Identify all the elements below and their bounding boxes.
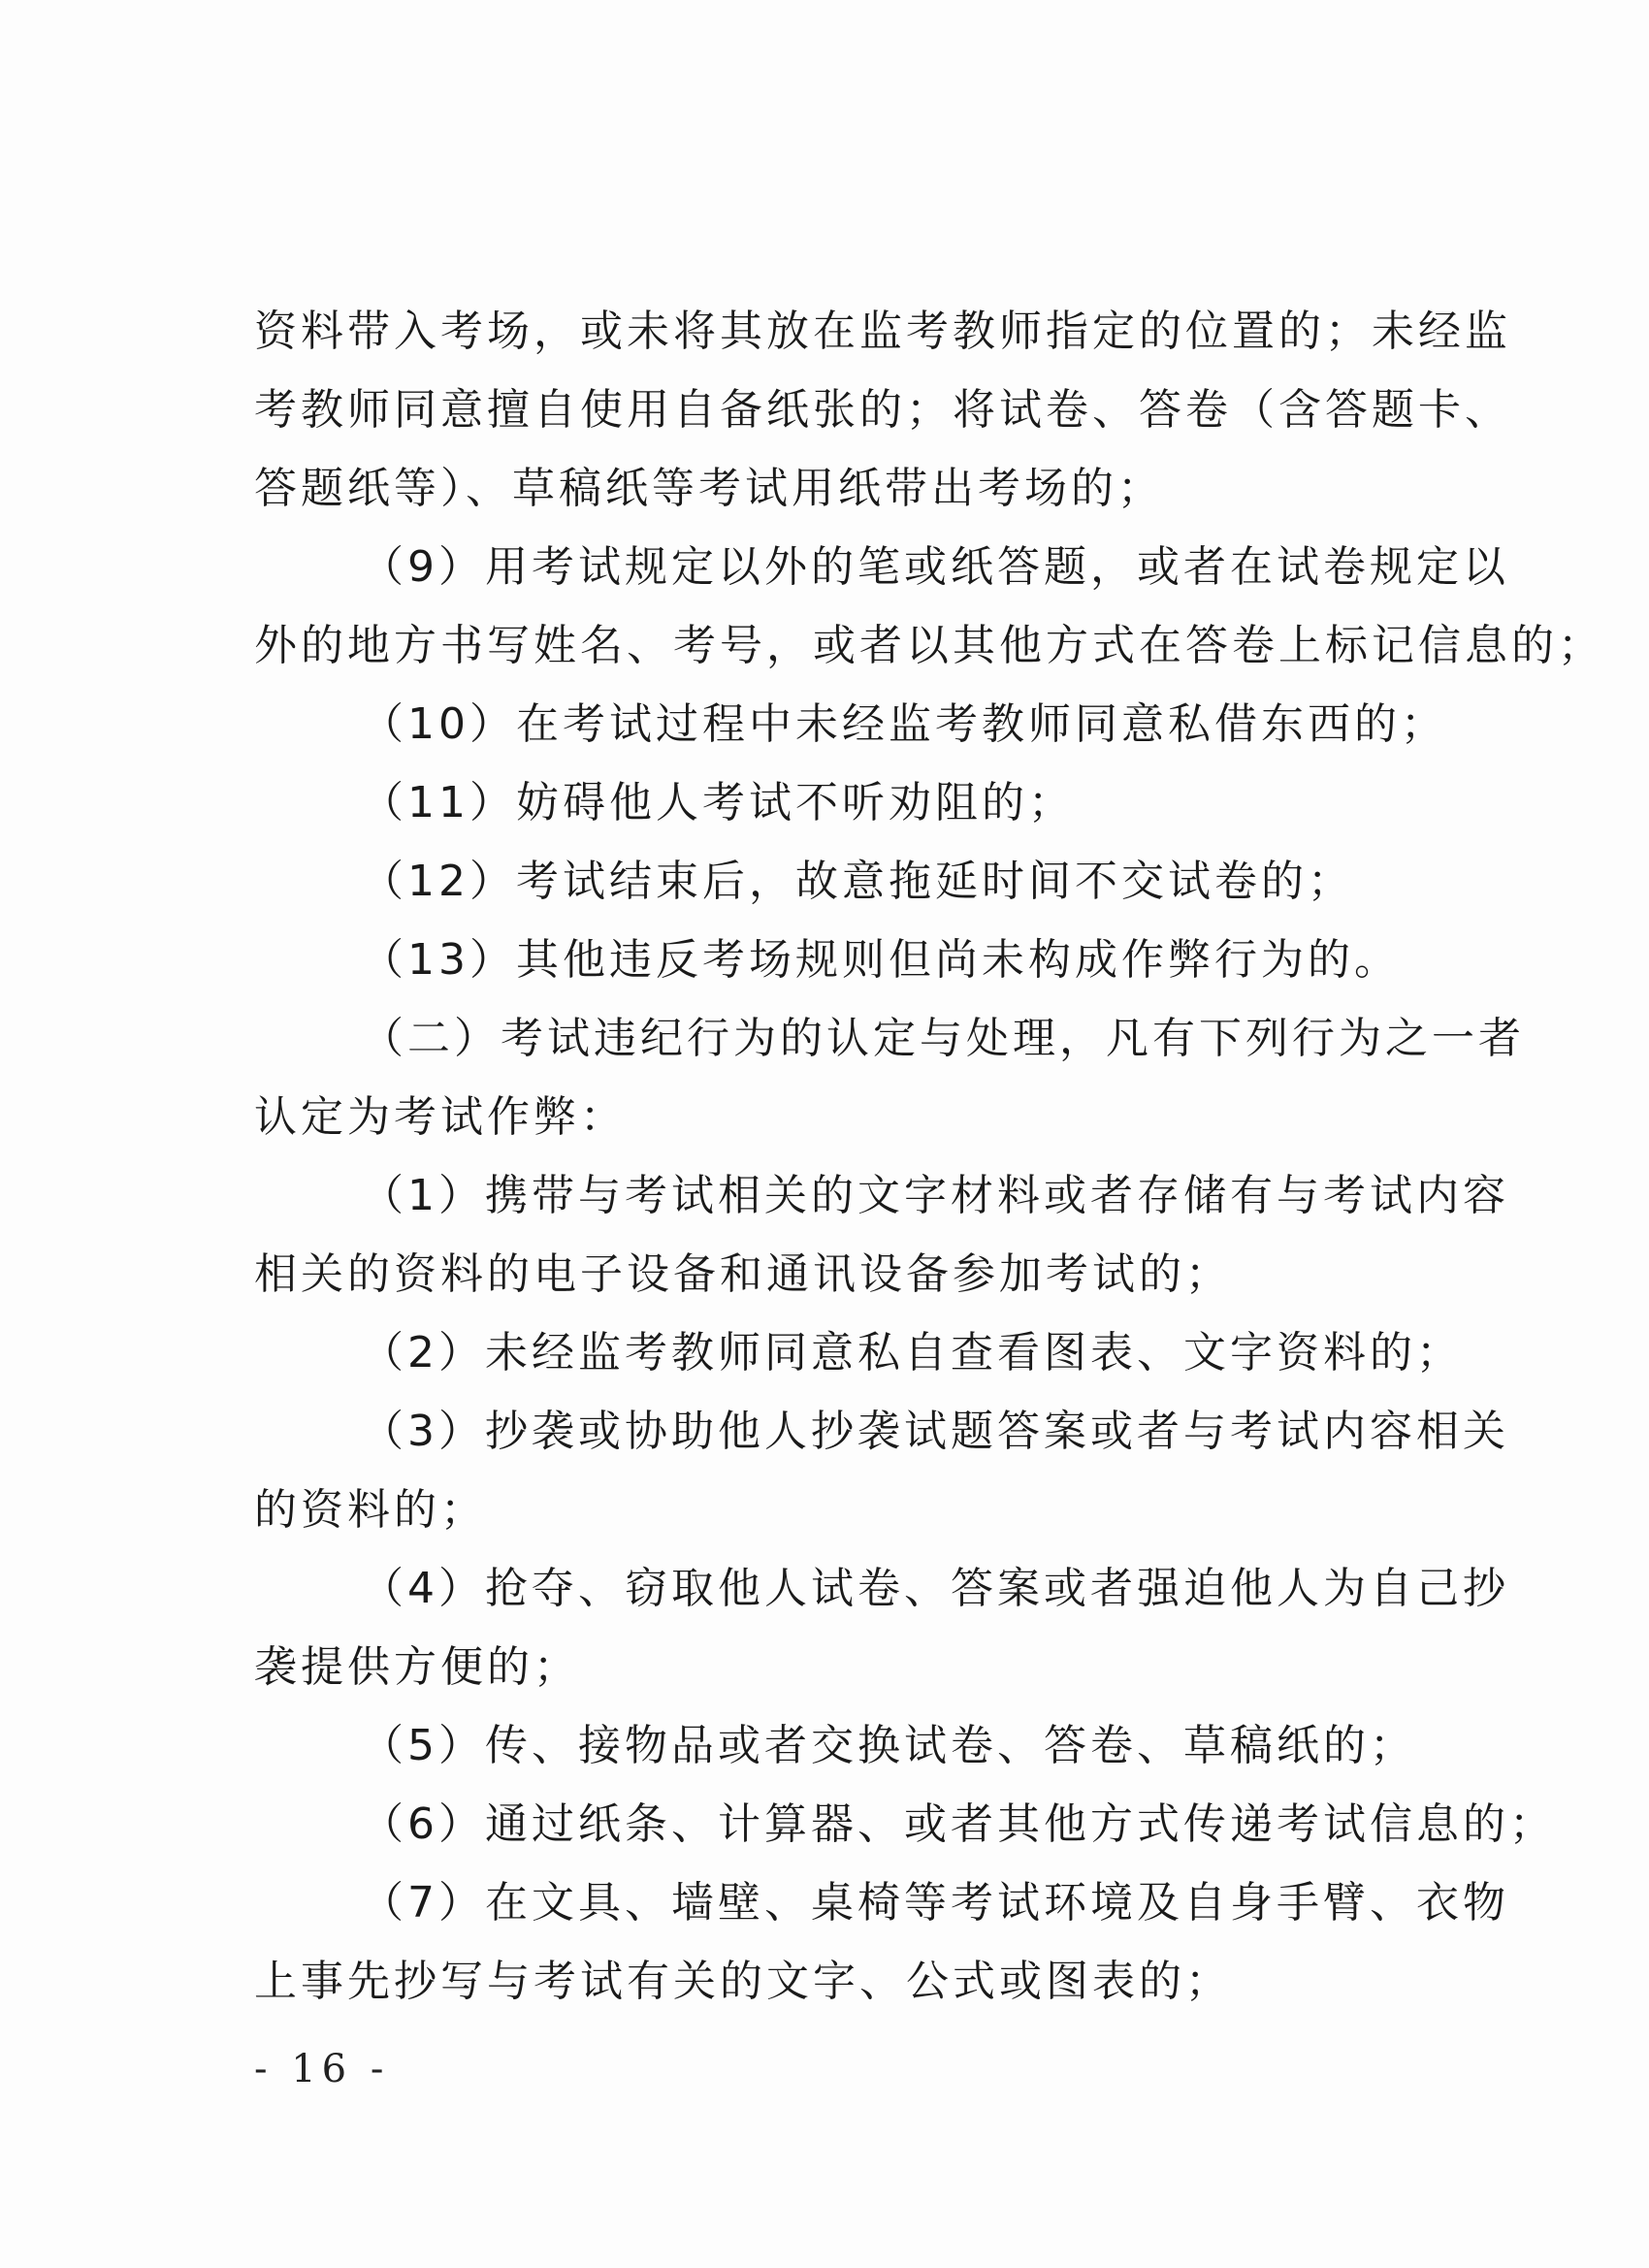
text-line-item-10: （10）在考试过程中未经监考教师同意私借东西的； bbox=[361, 696, 1467, 754]
document-page: 资料带入考场，或未将其放在监考教师指定的位置的；未经监 考教师同意擅自使用自备纸… bbox=[0, 0, 1649, 2268]
text-line: 资料带入考场，或未将其放在监考教师指定的位置的；未经监 bbox=[254, 303, 1467, 361]
text-line: 相关的资料的电子设备和通讯设备参加考试的； bbox=[254, 1246, 1467, 1304]
text-line-cheat-2: （2）未经监考教师同意私自查看图表、文字资料的； bbox=[361, 1324, 1467, 1382]
page-number: - 16 - bbox=[254, 2047, 389, 2091]
section-heading-2: （二）考试违纪行为的认定与处理，凡有下列行为之一者 bbox=[361, 1010, 1467, 1068]
text-line: 考教师同意擅自使用自备纸张的；将试卷、答卷（含答题卡、 bbox=[254, 381, 1467, 439]
text-line-item-9: （9）用考试规定以外的笔或纸答题，或者在试卷规定以 bbox=[361, 538, 1467, 597]
text-line-cheat-5: （5）传、接物品或者交换试卷、答卷、草稿纸的； bbox=[361, 1717, 1467, 1775]
text-line: 上事先抄写与考试有关的文字、公式或图表的； bbox=[254, 1953, 1467, 2011]
text-line: 认定为考试作弊： bbox=[254, 1088, 1467, 1147]
text-line-item-11: （11）妨碍他人考试不听劝阻的； bbox=[361, 774, 1467, 832]
text-line-item-12: （12）考试结束后，故意拖延时间不交试卷的； bbox=[361, 853, 1467, 911]
text-line-cheat-4: （4）抢夺、窃取他人试卷、答案或者强迫他人为自己抄 bbox=[361, 1560, 1467, 1618]
text-line-cheat-3: （3）抄袭或协助他人抄袭试题答案或者与考试内容相关 bbox=[361, 1403, 1467, 1461]
text-line: 的资料的； bbox=[254, 1481, 1467, 1539]
text-line-cheat-6: （6）通过纸条、计算器、或者其他方式传递考试信息的； bbox=[361, 1796, 1467, 1854]
text-line-item-13: （13）其他违反考场规则但尚未构成作弊行为的。 bbox=[361, 931, 1467, 989]
text-line: 答题纸等）、草稿纸等考试用纸带出考场的； bbox=[254, 460, 1467, 518]
text-line-cheat-7: （7）在文具、墙壁、桌椅等考试环境及自身手臂、衣物 bbox=[361, 1874, 1467, 1932]
text-line: 袭提供方便的； bbox=[254, 1638, 1467, 1697]
text-line: 外的地方书写姓名、考号，或者以其他方式在答卷上标记信息的； bbox=[254, 617, 1467, 675]
text-line-cheat-1: （1）携带与考试相关的文字材料或者存储有与考试内容 bbox=[361, 1167, 1467, 1225]
